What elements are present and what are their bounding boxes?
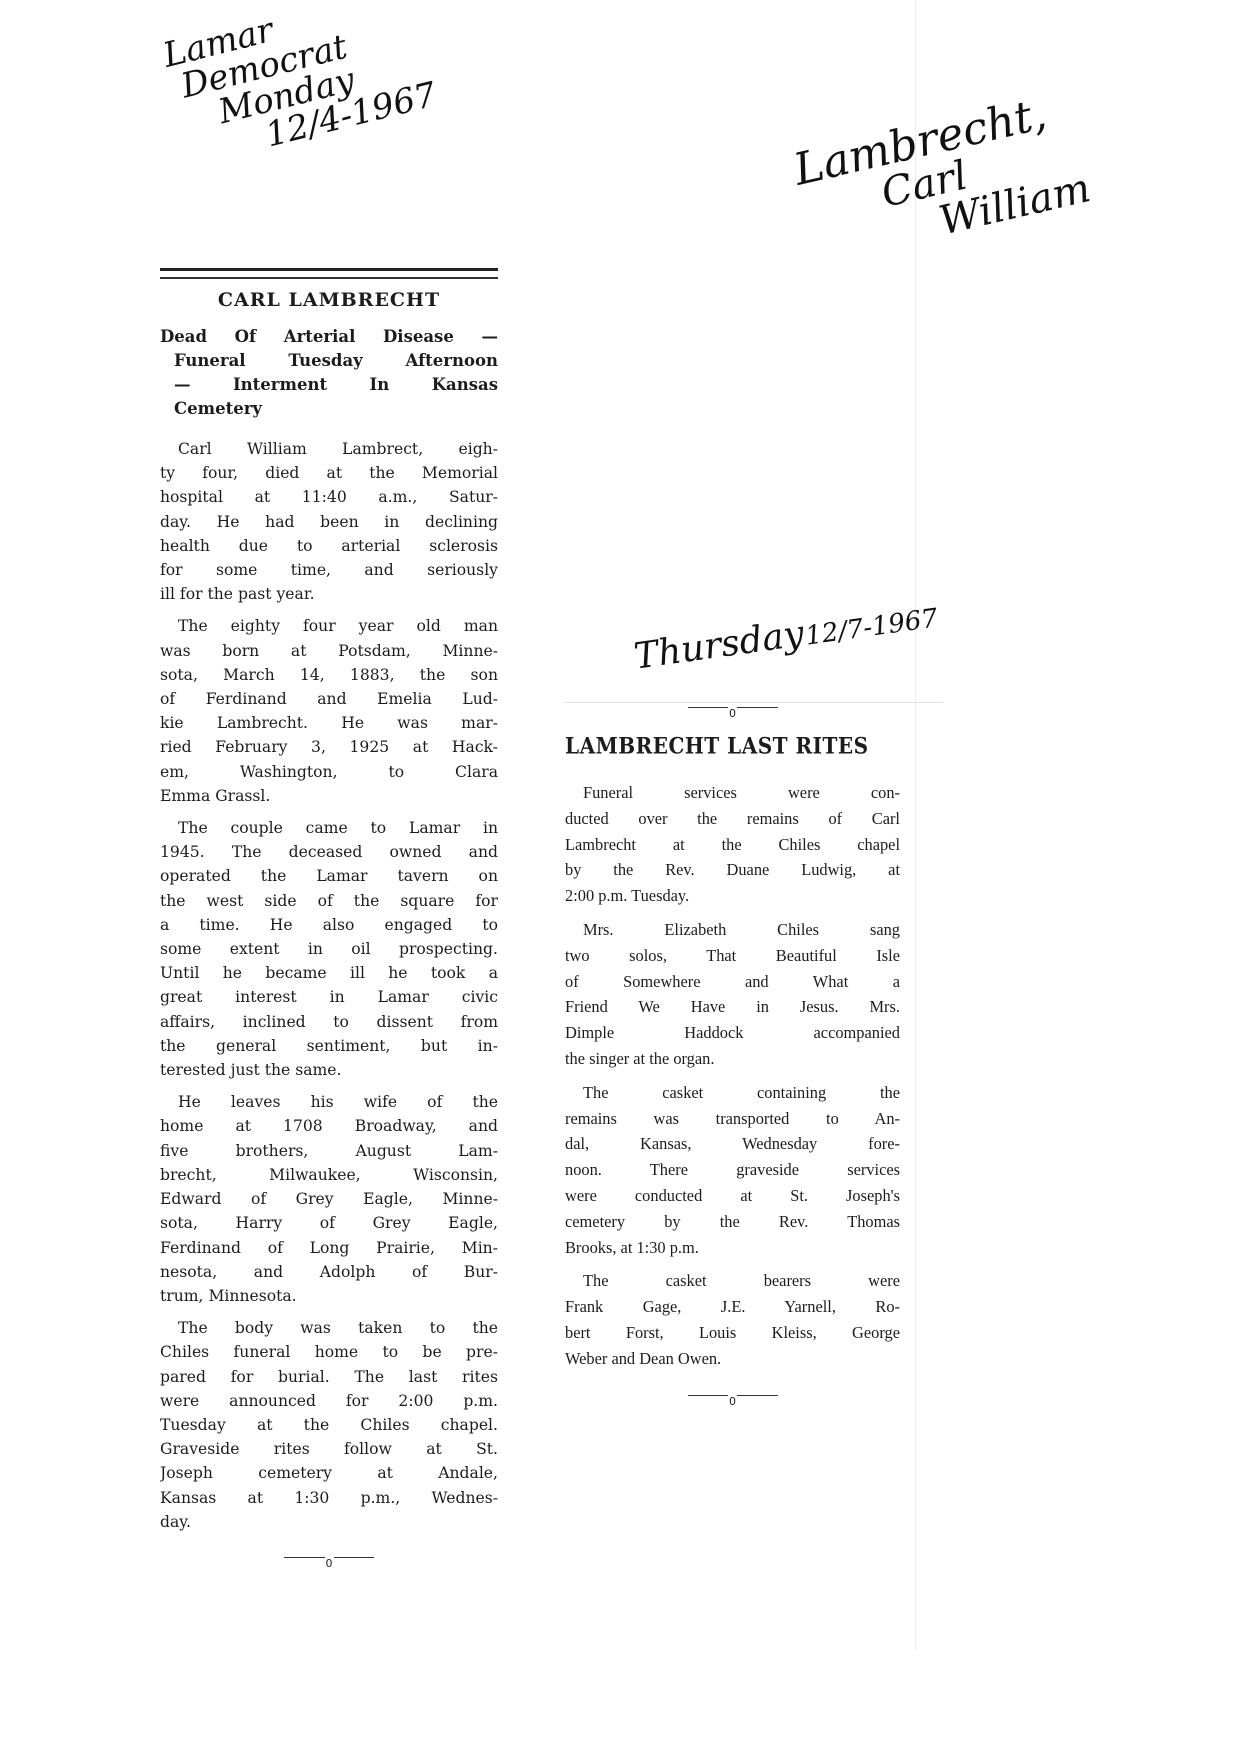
text-line: operated the Lamar tavern on [160,864,498,888]
text-line: hospital at 11:40 a.m., Satur- [160,485,498,509]
text-line: dal, Kansas, Wednesday fore- [565,1131,900,1157]
paragraph: The couple came to Lamar in1945. The dec… [160,816,498,1082]
paragraph-gap [160,808,498,816]
text-line: remains was transported to An- [565,1106,900,1132]
text-line: The casket containing the [565,1080,900,1106]
paragraph: The body was taken to theChiles funeral … [160,1316,498,1534]
obituary-body: Carl William Lambrect, eigh-ty four, die… [160,437,498,1534]
text-line: 1945. The deceased owned and [160,840,498,864]
text-line: Until he became ill he took a [160,961,498,985]
text-line: He leaves his wife of the [160,1090,498,1114]
obituary-headline: CARL LAMBRECHT [160,289,498,311]
text-line: Funeral services were con- [565,780,900,806]
text-line: Kansas at 1:30 p.m., Wednes- [160,1486,498,1510]
text-line: two solos, That Beautiful Isle [565,943,900,969]
obituary-subhead: Dead Of Arterial Disease — Funeral Tuesd… [160,325,498,421]
text-line: Lambrecht at the Chiles chapel [565,832,900,858]
subhead-line: Dead Of Arterial Disease — [160,325,498,349]
text-line: great interest in Lamar civic [160,985,498,1009]
paragraph: The casket containing theremains was tra… [565,1080,900,1261]
text-line: brecht, Milwaukee, Wisconsin, [160,1163,498,1187]
text-line: by the Rev. Duane Ludwig, at [565,857,900,883]
text-line: some extent in oil prospecting. [160,937,498,961]
text-line: sota, Harry of Grey Eagle, [160,1211,498,1235]
paragraph: Funeral services were con-ducted over th… [565,780,900,909]
text-line: ducted over the remains of Carl [565,806,900,832]
text-line: Emma Grassl. [160,784,498,808]
subhead-line: Funeral Tuesday Afternoon [160,349,498,373]
text-line: were conducted at St. Joseph's [565,1183,900,1209]
text-line: terested just the same. [160,1058,498,1082]
text-line: ty four, died at the Memorial [160,461,498,485]
text-line: Mrs. Elizabeth Chiles sang [565,917,900,943]
text-line: trum, Minnesota. [160,1284,498,1308]
paragraph: The casket bearers wereFrank Gage, J.E. … [565,1268,900,1371]
handwritten-publication-note: Lamar Democrat Monday 12/4-1967 [160,0,440,172]
paragraph: Mrs. Elizabeth Chiles sangtwo solos, Tha… [565,917,900,1072]
text-line: pared for burial. The last rites [160,1365,498,1389]
subhead-line: Cemetery [160,397,498,421]
text-line: were announced for 2:00 p.m. [160,1389,498,1413]
text-line: Joseph cemetery at Andale, [160,1461,498,1485]
text-line: Weber and Dean Owen. [565,1346,900,1372]
text-line: Tuesday at the Chiles chapel. [160,1413,498,1437]
text-line: The eighty four year old man [160,614,498,638]
text-line: the singer at the organ. [565,1046,900,1072]
text-line: day. [160,1510,498,1534]
text-line: bert Forst, Louis Kleiss, George [565,1320,900,1346]
text-line: of Ferdinand and Emelia Lud- [160,687,498,711]
text-line: noon. There graveside services [565,1157,900,1183]
text-line: ill for the past year. [160,582,498,606]
text-line: The body was taken to the [160,1316,498,1340]
text-line: the general sentiment, but in- [160,1034,498,1058]
text-line: Frank Gage, J.E. Yarnell, Ro- [565,1294,900,1320]
text-line: Friend We Have in Jesus. Mrs. [565,994,900,1020]
handwritten-day: Thursday [632,613,807,677]
handwritten-second-date: Thursday 12/7-1967 [632,597,940,675]
handwritten-date: 12/7-1967 [804,603,940,651]
text-line: nesota, and Adolph of Bur- [160,1260,498,1284]
text-line: Chiles funeral home to be pre- [160,1340,498,1364]
text-line: the west side of the square for [160,889,498,913]
last-rites-clipping: 0 LAMBRECHT LAST RITES Funeral services … [565,702,900,1400]
text-line: of Somewhere and What a [565,969,900,995]
text-line: affairs, inclined to dissent from [160,1010,498,1034]
last-rites-body: Funeral services were con-ducted over th… [565,780,900,1372]
text-line: Brooks, at 1:30 p.m. [565,1235,900,1261]
text-line: ried February 3, 1925 at Hack- [160,735,498,759]
top-mark: 0 [688,702,778,712]
text-line: was born at Potsdam, Minne- [160,639,498,663]
text-line: em, Washington, to Clara [160,760,498,784]
text-line: home at 1708 Broadway, and [160,1114,498,1138]
text-line: Edward of Grey Eagle, Minne- [160,1187,498,1211]
paragraph-gap [160,1308,498,1316]
text-line: for some time, and seriously [160,558,498,582]
paragraph-gap [565,1072,900,1080]
text-line: health due to arterial sclerosis [160,534,498,558]
text-line: Graveside rites follow at St. [160,1437,498,1461]
text-line: a time. He also engaged to [160,913,498,937]
text-line: day. He had been in declining [160,510,498,534]
text-line: kie Lambrecht. He was mar- [160,711,498,735]
handwritten-subject-name: Lambrecht, Carl William [790,86,1094,271]
text-line: 2:00 p.m. Tuesday. [565,883,900,909]
paragraph-gap [160,1082,498,1090]
paragraph-gap [160,606,498,614]
text-line: Carl William Lambrect, eigh- [160,437,498,461]
paragraph: He leaves his wife of thehome at 1708 Br… [160,1090,498,1308]
text-line: Ferdinand of Long Prairie, Min- [160,1236,498,1260]
paragraph: Carl William Lambrect, eigh-ty four, die… [160,437,498,606]
last-rites-headline: LAMBRECHT LAST RITES [565,733,900,759]
column-rule [160,268,498,279]
text-line: sota, March 14, 1883, the son [160,663,498,687]
end-mark: 0 [284,1552,374,1562]
text-line: The couple came to Lamar in [160,816,498,840]
paragraph: The eighty four year old manwas born at … [160,614,498,808]
paragraph-gap [565,909,900,917]
end-mark: 0 [688,1390,778,1400]
text-line: cemetery by the Rev. Thomas [565,1209,900,1235]
text-line: five brothers, August Lam- [160,1139,498,1163]
subhead-line: — Interment In Kansas [160,373,498,397]
text-line: The casket bearers were [565,1268,900,1294]
obituary-clipping: CARL LAMBRECHT Dead Of Arterial Disease … [160,268,498,1562]
text-line: Dimple Haddock accompanied [565,1020,900,1046]
paragraph-gap [565,1260,900,1268]
